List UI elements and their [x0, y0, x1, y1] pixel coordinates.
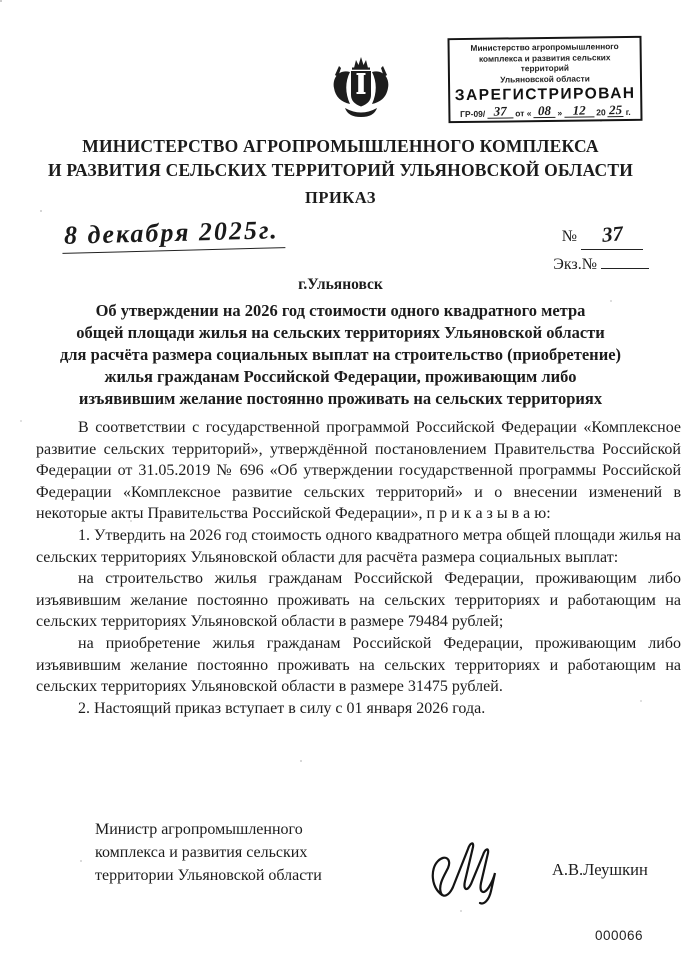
document-body: В соответствии с государственной програм…: [36, 417, 681, 719]
ministry-line2: И РАЗВИТИЯ СЕЛЬСКИХ ТЕРРИТОРИЙ УЛЬЯНОВСК…: [0, 158, 681, 182]
number-label: №: [562, 228, 577, 245]
stamp-org-line2: комплекса и развития сельских территорий: [454, 51, 636, 74]
stamp-org-line3: Ульяновской области: [454, 72, 636, 85]
signer-position-line: территории Ульяновской области: [95, 864, 355, 887]
page-number: 000066: [595, 928, 643, 943]
signer-position-line: комплекса и развития сельских: [95, 841, 355, 864]
signature-icon: [428, 833, 520, 909]
copy-number-field: [601, 252, 649, 269]
stamp-day: 08: [538, 103, 551, 118]
copy-number-row: Экз.№: [553, 252, 649, 274]
signer-position-line: Министр агропромышленного: [95, 818, 355, 841]
body-paragraph-item1: 1. Утвердить на 2026 год стоимость одног…: [36, 525, 681, 568]
body-paragraph-preamble: В соответствии с государственной програм…: [36, 417, 681, 525]
body-paragraph-purchase: на приобретение жилья гражданам Российск…: [36, 633, 681, 698]
ulyanovsk-coat-of-arms-icon: [327, 55, 395, 123]
stamp-year-suffix: г.: [626, 107, 631, 117]
ministry-line1: МИНИСТЕРСТВО АГРОПРОМЫШЛЕННОГО КОМПЛЕКСА: [0, 134, 681, 158]
body-paragraph-construction: на строительство жилья гражданам Российс…: [36, 568, 681, 633]
stamp-year-prefix: 20: [596, 107, 606, 117]
registration-stamp: Министерство агропромышленного комплекса…: [447, 36, 642, 123]
title-line: Об утверждении на 2026 год стоимости одн…: [28, 300, 653, 322]
scanned-order-document: Министерство агропромышленного комплекса…: [0, 0, 681, 964]
document-type-label: ПРИКАЗ: [0, 188, 681, 208]
stamp-form-line: ГР-09/ 37 от « 08 » 12 2025г.: [454, 105, 636, 119]
stamp-reg-number-field: 37: [487, 106, 513, 118]
scan-noise: [0, 0, 2, 2]
number-value: 37: [600, 221, 623, 248]
document-title: Об утверждении на 2026 год стоимости одн…: [28, 300, 653, 410]
title-line: общей площади жилья на сельских территор…: [28, 322, 653, 344]
stamp-month-field: 12: [564, 105, 594, 117]
stamp-day-field: 08: [533, 106, 555, 118]
title-line: жилья гражданам Российской Федерации, пр…: [28, 366, 653, 388]
number-field: 37: [581, 222, 643, 250]
signer-name: А.В.Леушкин: [552, 860, 648, 880]
stamp-form-prefix: ГР-09/: [460, 109, 485, 119]
stamp-month: 12: [573, 103, 586, 118]
title-line: изъявившим желание постоянно проживать н…: [28, 388, 653, 410]
document-number-row: № 37: [562, 222, 643, 250]
ministry-header: МИНИСТЕРСТВО АГРОПРОМЫШЛЕННОГО КОМПЛЕКСА…: [0, 134, 681, 182]
copy-label: Экз.№: [553, 256, 597, 273]
city-label: г.Ульяновск: [0, 276, 681, 294]
signer-position: Министр агропромышленного комплекса и ра…: [95, 818, 355, 887]
stamp-from-label: от «: [515, 108, 531, 118]
stamp-year-field: 25: [608, 105, 624, 117]
handwritten-date: 8 декабря 2025г.: [62, 215, 286, 254]
stamp-quote-close: »: [557, 108, 562, 118]
stamp-year: 25: [609, 102, 622, 117]
stamp-reg-number: 37: [494, 103, 507, 118]
title-line: для расчёта размера социальных выплат на…: [28, 344, 653, 366]
body-paragraph-item2: 2. Настоящий приказ вступает в силу с 01…: [36, 698, 681, 720]
